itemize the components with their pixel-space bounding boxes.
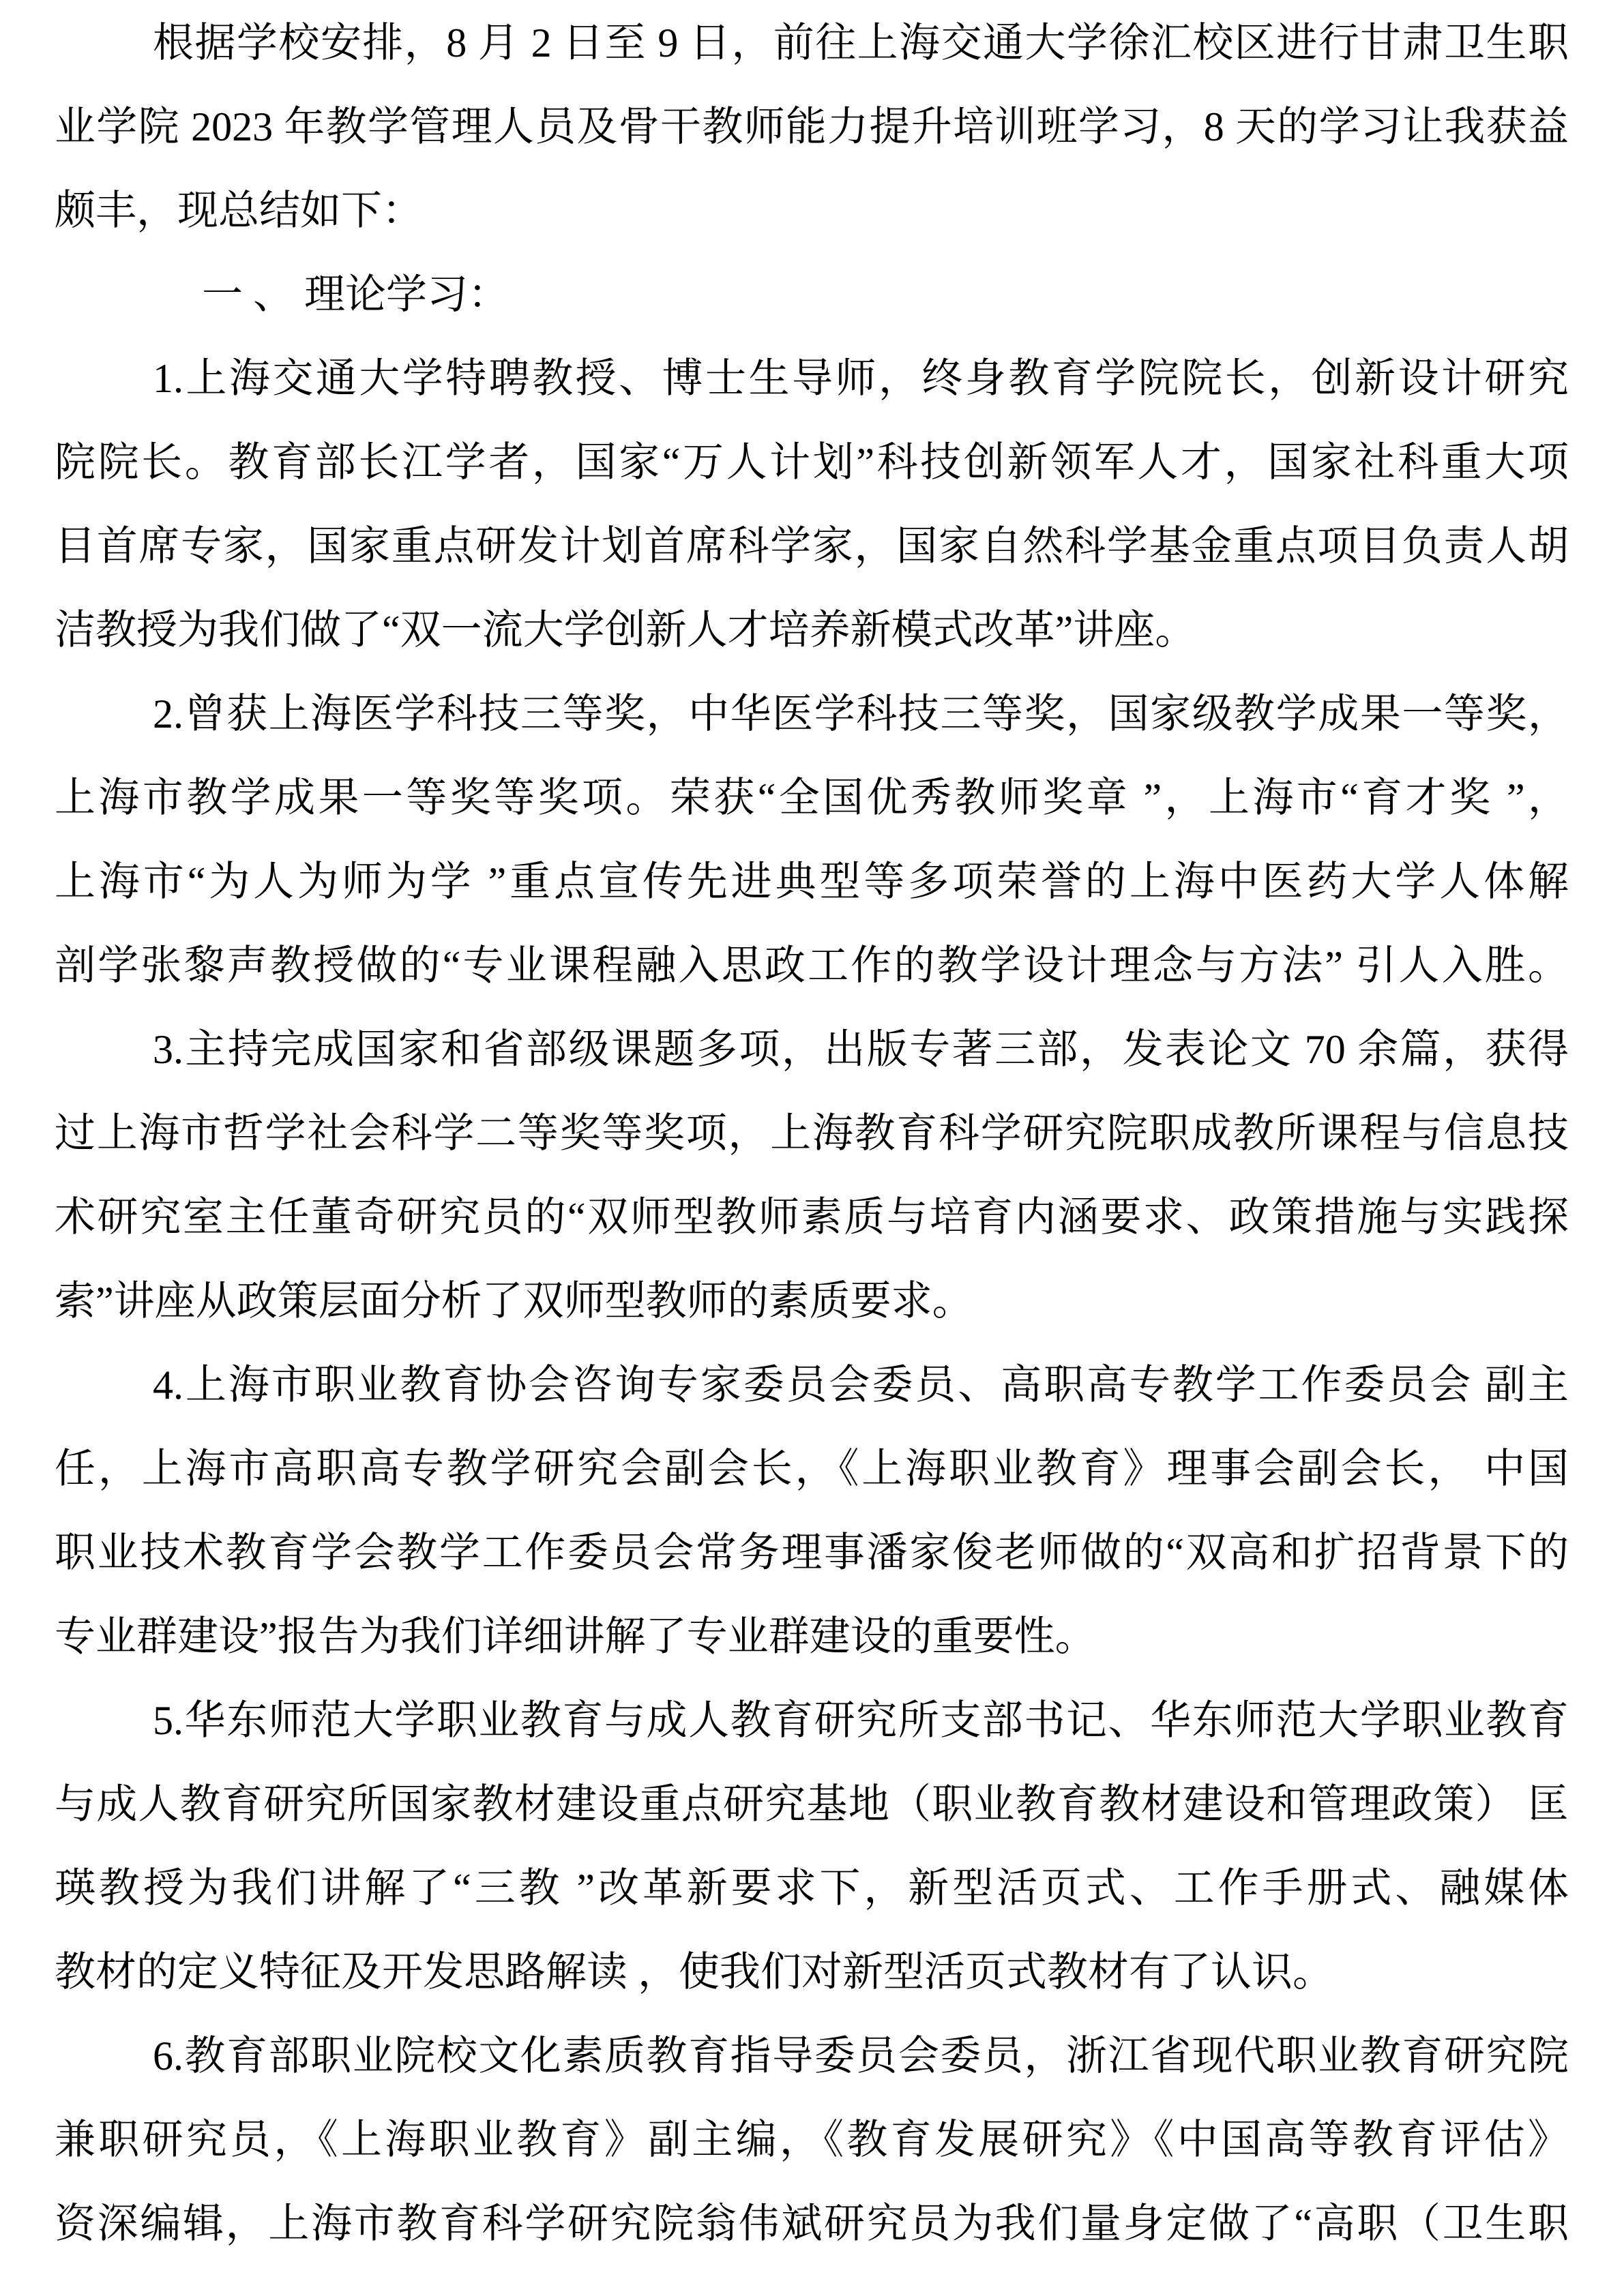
text-line: 4.上海市职业教育协会咨询专家委员会委员、高职高专教学工作委员会 副主 xyxy=(55,1343,1569,1427)
text-line: 1.上海交通大学特聘教授、博士生导师，终身教育学院院长，创新设计研究 xyxy=(55,337,1569,421)
text-line: 上海市“为人为师为学 ”重点宣传先进典型等多项荣誉的上海中医药大学人体解 xyxy=(55,840,1569,924)
text-line: 资深编辑，上海市教育科学研究院翁伟斌研究员为我们量身定做了“高职（卫生职 xyxy=(55,2182,1569,2266)
text-line: 专业群建设”报告为我们详细讲解了专业群建设的重要性。 xyxy=(55,1595,1569,1679)
text-line: 术研究室主任董奇研究员的“双师型教师素质与培育内涵要求、政策措施与实践探 xyxy=(55,1176,1569,1259)
document-page: 根据学校安排，8 月 2 日至 9 日，前往上海交通大学徐汇校区进行甘肃卫生职业… xyxy=(0,0,1624,2296)
text-line: 剖学张黎声教授做的“专业课程融入思政工作的教学设计理念与方法” 引人入胜。 xyxy=(55,924,1569,1008)
text-line: 兼职研究员，《上海职业教育》副主编，《教育发展研究》《中国高等教育评估》 xyxy=(55,2098,1569,2182)
text-line: 与成人教育研究所国家教材建设重点研究基地（职业教育教材建设和管理政策） 匡 xyxy=(55,1763,1569,1847)
text-line: 3.主持完成国家和省部级课题多项，出版专著三部，发表论文 70 余篇，获得 xyxy=(55,1008,1569,1092)
text-line: 颇丰，现总结如下： xyxy=(55,169,1569,253)
text-line: 索”讲座从政策层面分析了双师型教师的素质要求。 xyxy=(55,1259,1569,1343)
text-line: 院院长。教育部长江学者，国家“万人计划”科技创新领军人才，国家社科重大项 xyxy=(55,421,1569,505)
text-line: 一 、 理论学习： xyxy=(55,253,1569,337)
text-line: 过上海市哲学社会科学二等奖等奖项，上海教育科学研究院职成教所课程与信息技 xyxy=(55,1092,1569,1176)
text-line: 上海市教学成果一等奖等奖项。荣获“全国优秀教师奖章 ”，上海市“育才奖 ”， xyxy=(55,756,1569,840)
text-line: 6.教育部职业院校文化素质教育指导委员会委员，浙江省现代职业教育研究院 xyxy=(55,2014,1569,2098)
text-line: 目首席专家，国家重点研发计划首席科学家，国家自然科学基金重点项目负责人胡 xyxy=(55,505,1569,588)
text-line: 洁教授为我们做了“双一流大学创新人才培养新模式改革”讲座。 xyxy=(55,588,1569,672)
text-line: 根据学校安排，8 月 2 日至 9 日，前往上海交通大学徐汇校区进行甘肃卫生职 xyxy=(55,1,1569,85)
text-line: 教材的定义特征及开发思路解读 ，使我们对新型活页式教材有了认识。 xyxy=(55,1930,1569,2014)
text-line: 职业技术教育学会教学工作委员会常务理事潘家俊老师做的“双高和扩招背景下的 xyxy=(55,1511,1569,1595)
text-line: 5.华东师范大学职业教育与成人教育研究所支部书记、华东师范大学职业教育 xyxy=(55,1679,1569,1763)
text-line: 业学院 2023 年教学管理人员及骨干教师能力提升培训班学习，8 天的学习让我获… xyxy=(55,85,1569,169)
text-line: 瑛教授为我们讲解了“三教 ”改革新要求下，新型活页式、工作手册式、融媒体 xyxy=(55,1847,1569,1930)
text-lines-container: 根据学校安排，8 月 2 日至 9 日，前往上海交通大学徐汇校区进行甘肃卫生职业… xyxy=(55,1,1569,2266)
text-line: 任，上海市高职高专教学研究会副会长，《上海职业教育》理事会副会长， 中国 xyxy=(55,1427,1569,1511)
text-line: 2.曾获上海医学科技三等奖，中华医学科技三等奖，国家级教学成果一等奖， xyxy=(55,672,1569,756)
